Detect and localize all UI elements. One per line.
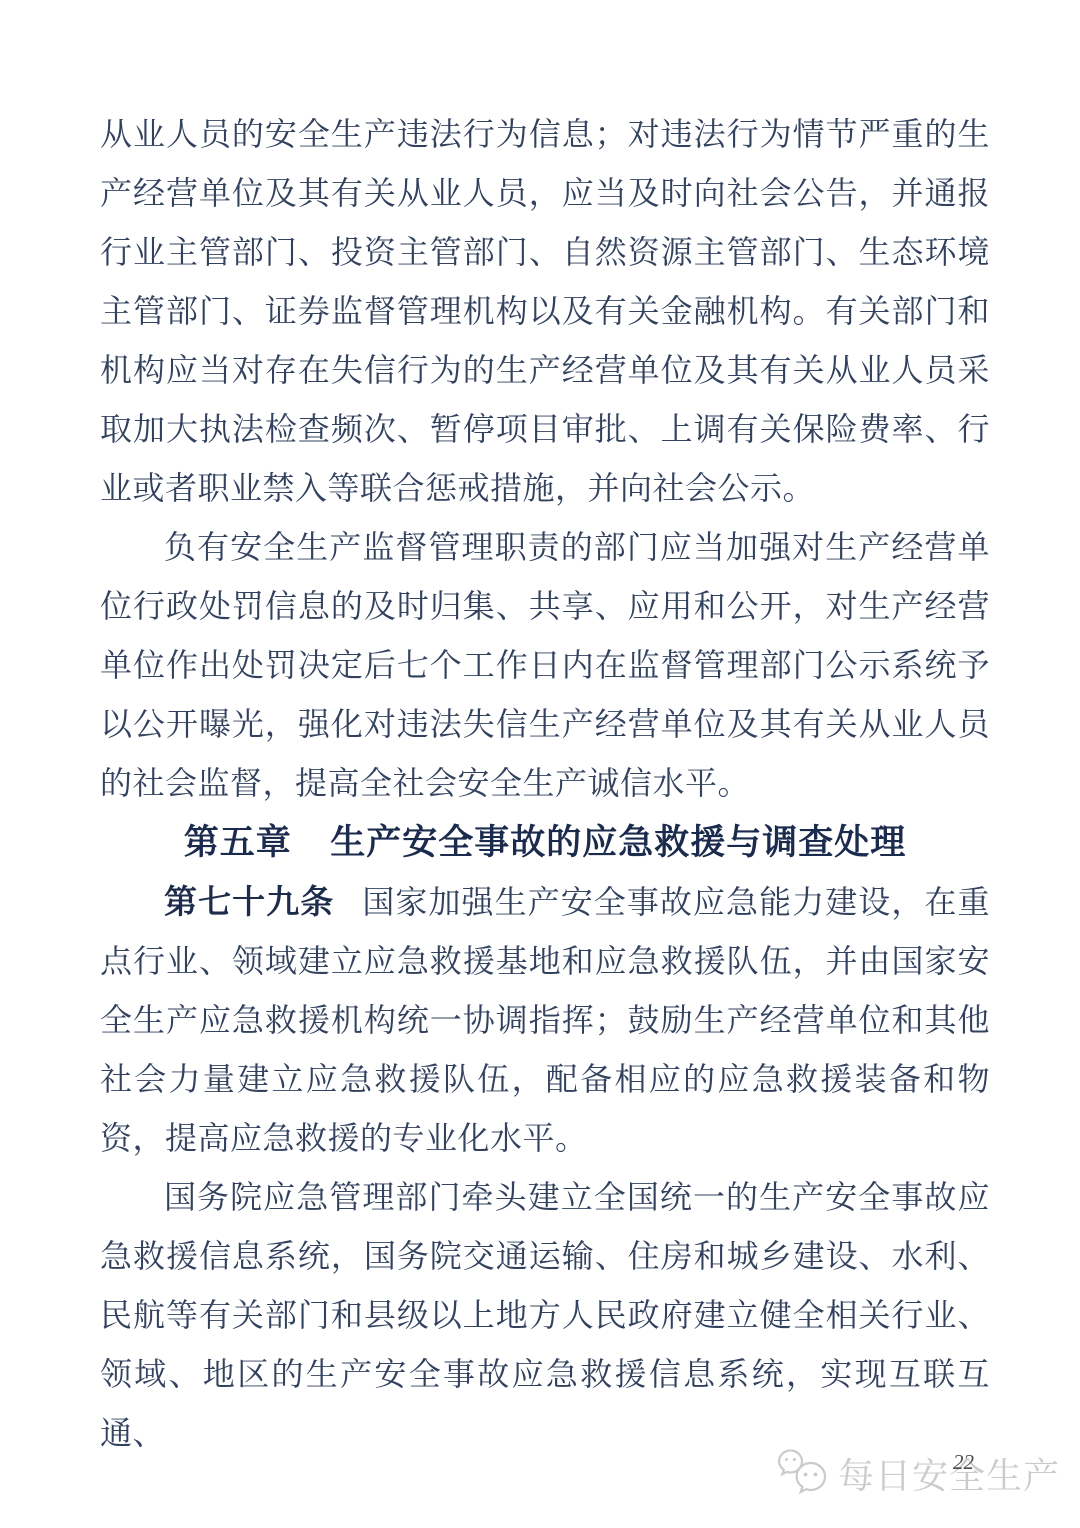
document-body: 从业人员的安全生产违法行为信息；对违法行为情节严重的生产经营单位及其有关从业人员… (100, 105, 990, 1463)
page-number: 22 (953, 1450, 974, 1475)
wechat-chat-bubbles-icon (774, 1446, 830, 1500)
paragraph-article: 第七十九条国家加强生产安全事故应急能力建设，在重点行业、领域建立应急救援基地和应… (100, 872, 990, 1168)
chapter-title: 生产安全事故的应急救援与调查处理 (330, 823, 906, 862)
watermark: 每日安全生产 (774, 1446, 1060, 1500)
paragraph: 国务院应急管理部门牵头建立全国统一的生产安全事故应急救援信息系统，国务院交通运输… (100, 1168, 990, 1463)
article-number: 第七十九条 (164, 883, 334, 920)
document-page: 从业人员的安全生产违法行为信息；对违法行为情节严重的生产经营单位及其有关从业人员… (0, 0, 1080, 1528)
chapter-heading: 第五章生产安全事故的应急救援与调查处理 (100, 813, 990, 872)
watermark-text: 每日安全生产 (838, 1448, 1060, 1499)
chapter-number: 第五章 (184, 823, 292, 862)
paragraph: 负有安全生产监督管理职责的部门应当加强对生产经营单位行政处罚信息的及时归集、共享… (100, 518, 990, 813)
paragraph-continuation: 从业人员的安全生产违法行为信息；对违法行为情节严重的生产经营单位及其有关从业人员… (100, 105, 990, 518)
article-text: 国家加强生产安全事故应急能力建设，在重点行业、领域建立应急救援基地和应急救援队伍… (100, 884, 990, 1156)
